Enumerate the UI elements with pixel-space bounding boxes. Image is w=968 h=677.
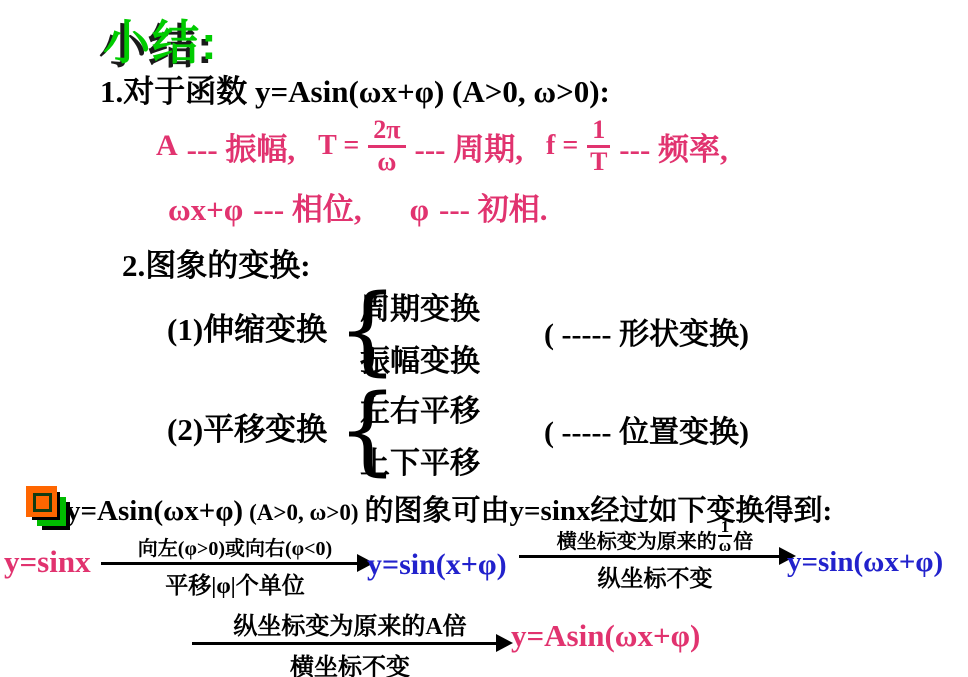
icon-layer-orange (26, 486, 57, 517)
group2-item-horizontal: 左右平移 (360, 386, 480, 430)
flow-arrow-xscale: 横坐标变为原来的 1 ω 倍 纵坐标不变 (519, 518, 791, 593)
conclusion-formula: y=Asin(ωx+φ) (66, 495, 243, 528)
group1-item-period: 周期变换 (360, 284, 480, 328)
frequency-label: --- 频率, (619, 124, 727, 169)
flow-node-ysinomegaxphi: y=sin(ωx+φ) (787, 546, 943, 579)
frequency-symbol: f = (546, 130, 578, 162)
phase-symbol: ωx+φ (168, 192, 243, 228)
period-fraction: 2π ω (368, 116, 405, 175)
period-label: --- 周期, (415, 124, 523, 169)
group2-label: (2)平移变换 (167, 404, 327, 449)
group1-label: (1)伸缩变换 (167, 304, 327, 349)
flow-arrow-yscale: 纵坐标变为原来的A倍 横坐标不变 (192, 606, 508, 677)
flow-arrow-xscale-label-bottom: 纵坐标不变 (519, 560, 791, 593)
icon-inner-square (33, 493, 52, 512)
initial-phase-symbol: φ (410, 192, 429, 228)
flow-arrow-yscale-label-top: 纵坐标变为原来的A倍 (192, 606, 508, 641)
xscale-label-suffix: 倍 (733, 525, 753, 554)
omega-fraction-numerator: 1 (718, 518, 733, 537)
slide: 小结: 1.对于函数 y=Asin(ωx+φ) (A>0, ω>0): A --… (0, 0, 968, 677)
flow-arrow-shift-label-bottom: 平移|φ|个单位 (101, 567, 369, 600)
amplitude-symbol: A (156, 129, 178, 163)
frequency-fraction-numerator: 1 (587, 116, 610, 147)
omega-reciprocal-fraction: 1 ω (718, 518, 733, 554)
arrow-line (519, 555, 791, 558)
definitions-line2: ωx+φ --- 相位, φ --- 初相. (168, 184, 548, 229)
group1-note: ( ----- 形状变换) (544, 309, 749, 353)
period-fraction-numerator: 2π (368, 116, 405, 147)
point1-heading: 1.对于函数 y=Asin(ωx+φ) (A>0, ω>0): (100, 66, 610, 111)
point1-heading-formula: y=Asin(ωx+φ) (A>0, ω>0): (255, 74, 610, 109)
phase-label: --- 相位, (253, 184, 361, 229)
frequency-fraction-denominator: T (590, 148, 607, 176)
xscale-label-prefix: 横坐标变为原来的 (557, 525, 717, 554)
flow-arrow-shift: 向左(φ>0)或向右(φ<0) 平移|φ|个单位 (101, 532, 369, 600)
period-symbol: T = (318, 130, 359, 162)
flow-node-ysinxphi: y=sin(x+φ) (367, 548, 507, 582)
point2-heading: 2.图象的变换: (122, 240, 311, 285)
flow-arrow-xscale-label-top: 横坐标变为原来的 1 ω 倍 (519, 518, 791, 554)
arrow-line (101, 562, 369, 565)
period-fraction-denominator: ω (377, 148, 396, 176)
frequency-fraction: 1 T (587, 116, 610, 175)
arrow-line (192, 642, 508, 645)
omega-fraction-denominator: ω (719, 537, 731, 554)
definitions-line1: A --- 振幅, T = 2π ω --- 周期, f = 1 T --- 频… (156, 110, 728, 182)
flow-arrow-yscale-label-bottom: 横坐标不变 (192, 647, 508, 677)
point1-heading-cn: 1.对于函数 (100, 74, 247, 109)
slide-title: 小结: (103, 6, 219, 73)
conclusion-condition: (A>0, ω>0) (249, 500, 358, 526)
flow-node-ysinx: y=sinx (4, 544, 91, 580)
flow-node-yasinomegaxphi: y=Asin(ωx+φ) (511, 618, 700, 654)
initial-phase-label: --- 初相. (439, 184, 547, 229)
group2-note: ( ----- 位置变换) (544, 407, 749, 451)
amplitude-label: --- 振幅, (187, 124, 295, 169)
flow-arrow-shift-label-top: 向左(φ>0)或向右(φ<0) (101, 532, 369, 561)
group2-item-vertical: 上下平移 (360, 438, 480, 482)
